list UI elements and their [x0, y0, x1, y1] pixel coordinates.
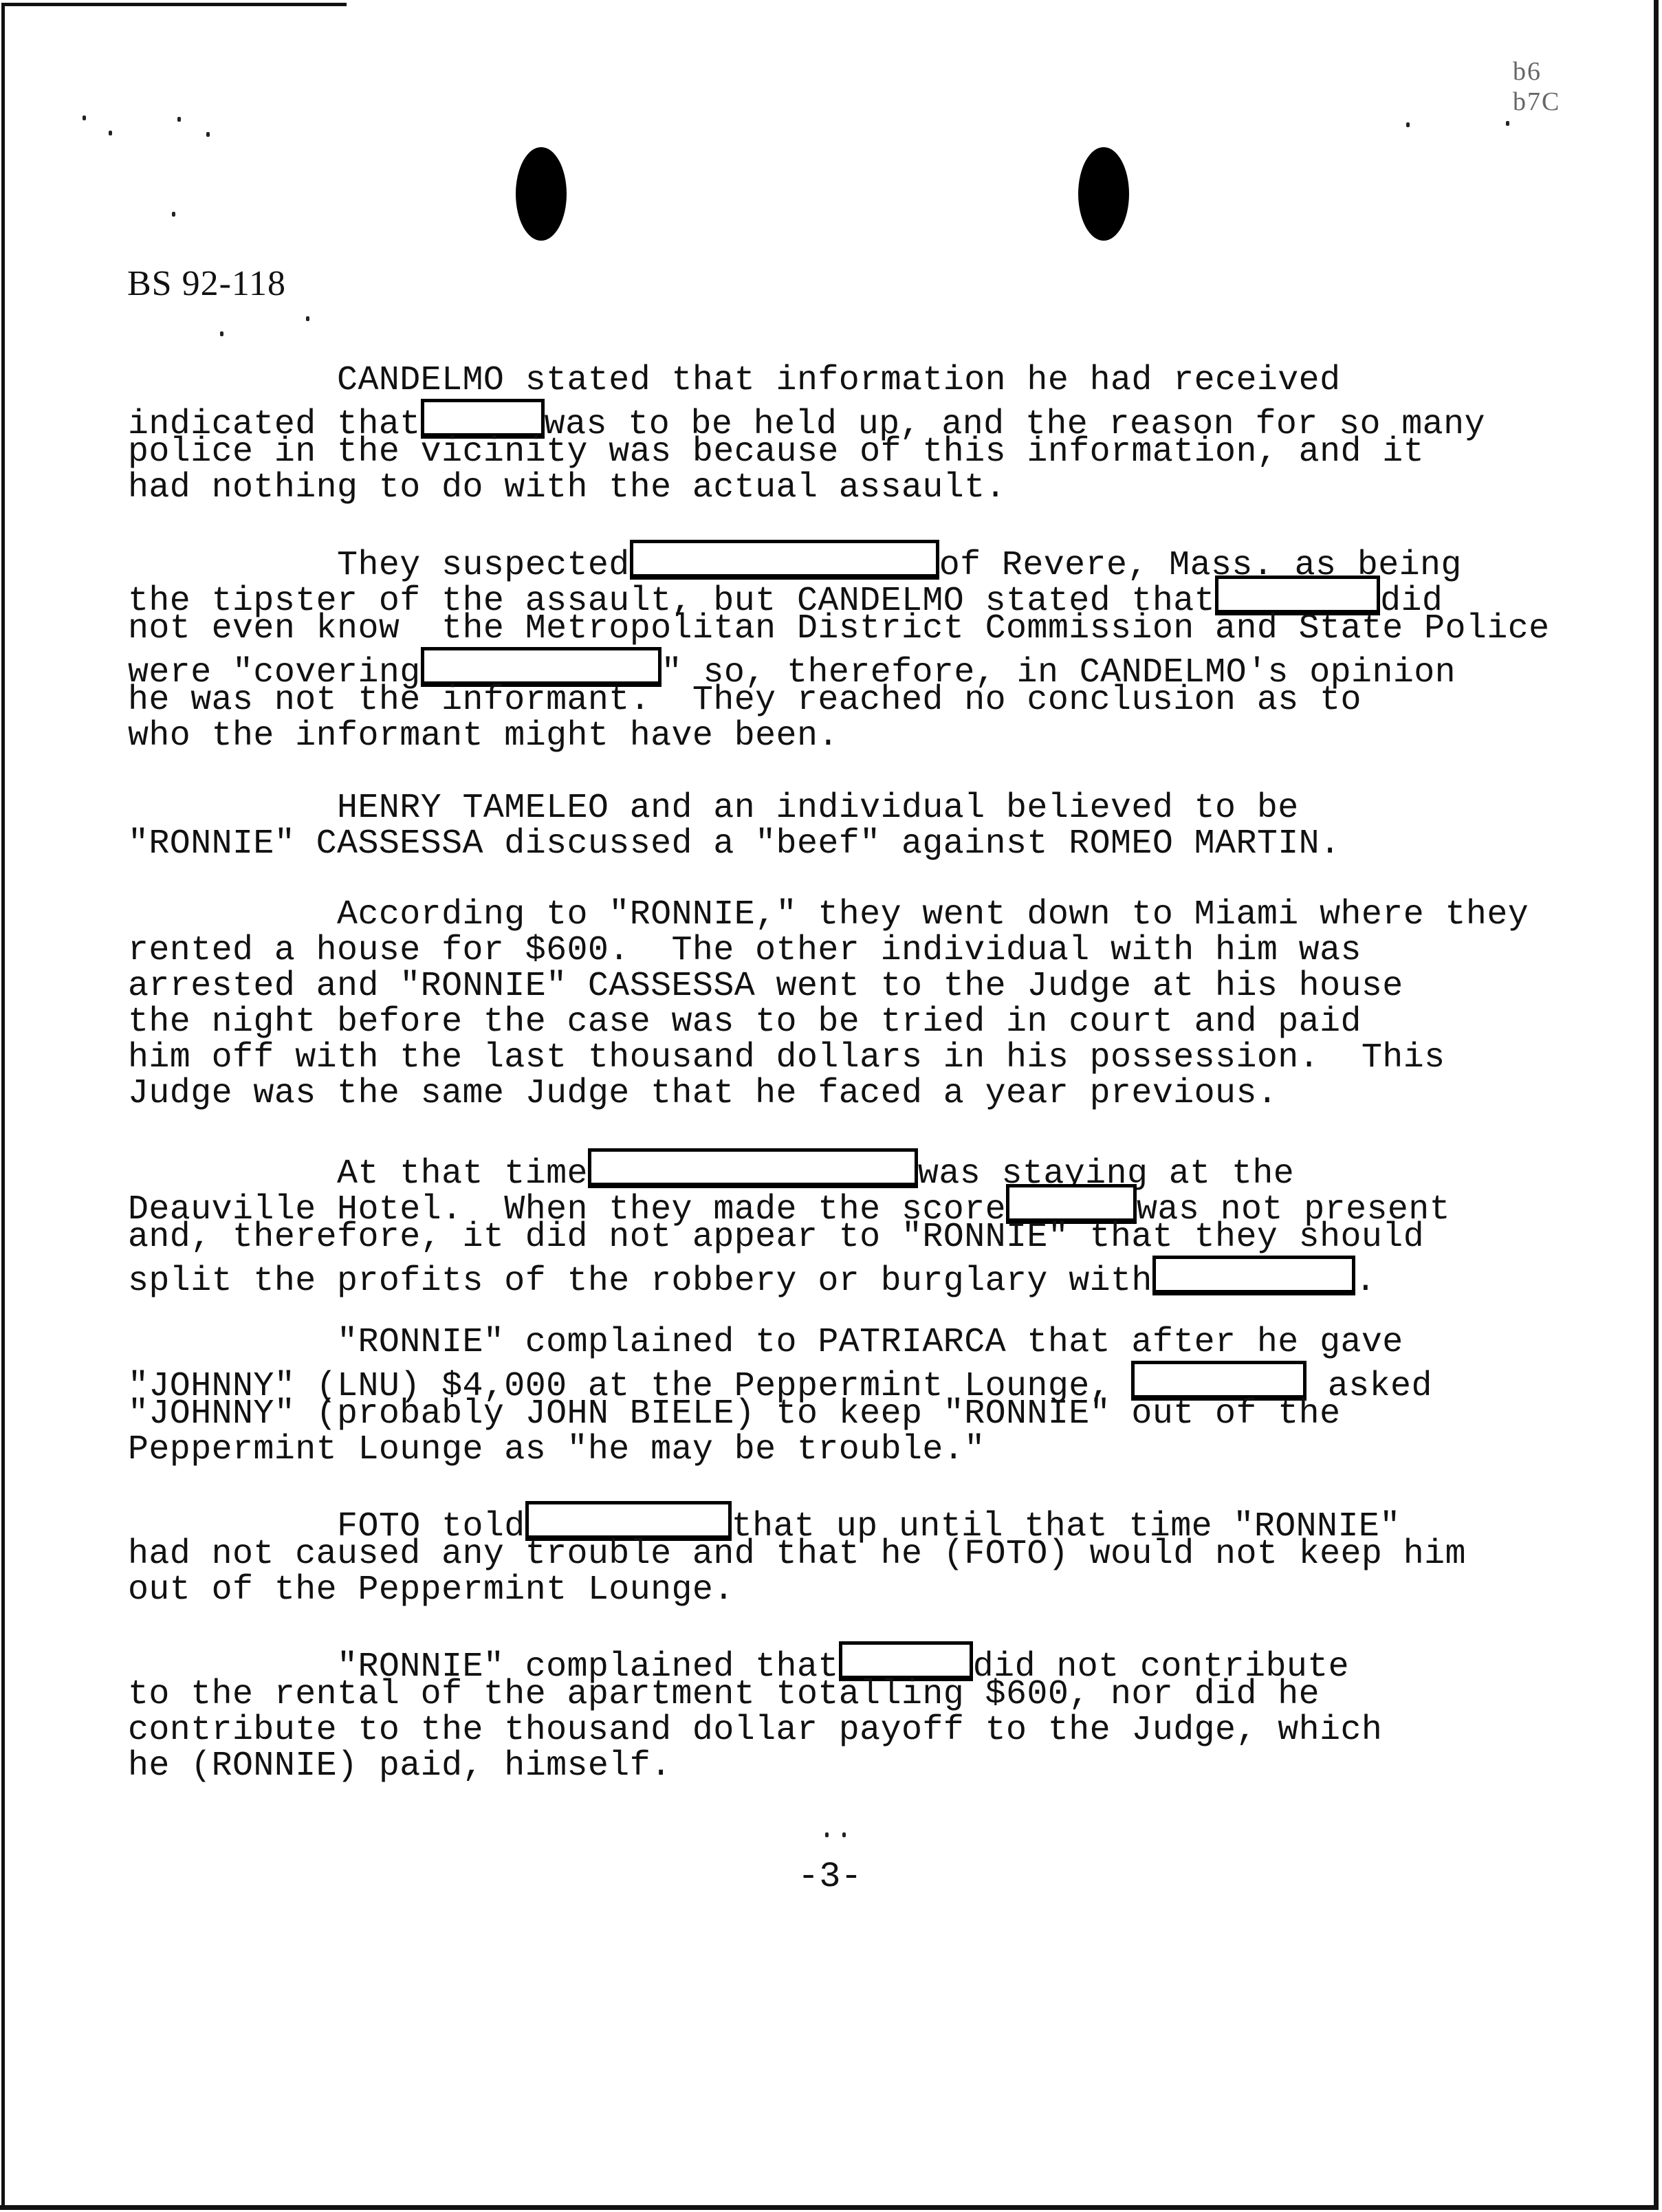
page-border-right	[1654, 0, 1659, 2210]
text-line: who the informant might have been.	[128, 719, 839, 754]
text-segment: had not caused any trouble and that he (…	[128, 1535, 1466, 1574]
text-segment: he (RONNIE) paid, himself.	[128, 1746, 672, 1786]
text-segment: "JOHNNY" (probably JOHN BIELE) to keep "…	[128, 1394, 1340, 1434]
text-line: had not caused any trouble and that he (…	[128, 1537, 1466, 1573]
text-segment: not even know the Metropolitan District …	[128, 609, 1550, 648]
text-segment: According to "RONNIE," they went down to…	[128, 895, 1529, 934]
text-segment: rented a house for $600. The other indiv…	[128, 931, 1362, 970]
page-border-bottom	[0, 2205, 1659, 2210]
text-segment: HENRY TAMELEO and an individual believed…	[128, 789, 1299, 828]
scan-speck	[842, 1832, 846, 1837]
exemption-code-b7c: b7C	[1513, 87, 1560, 117]
text-segment: had nothing to do with the actual assaul…	[128, 468, 1006, 507]
text-line: the night before the case was to be trie…	[128, 1005, 1362, 1040]
text-line: "RONNIE" CASSESSA discussed a "beef" aga…	[128, 826, 1340, 862]
text-line: him off with the last thousand dollars i…	[128, 1040, 1445, 1076]
text-segment: the night before the case was to be trie…	[128, 1003, 1362, 1042]
text-segment: him off with the last thousand dollars i…	[128, 1038, 1445, 1077]
text-segment: arrested and "RONNIE" CASSESSA went to t…	[128, 967, 1403, 1006]
text-line: he was not the informant. They reached n…	[128, 683, 1362, 719]
text-line: split the profits of the robbery or burg…	[128, 1256, 1376, 1300]
text-line: According to "RONNIE," they went down to…	[128, 897, 1529, 933]
text-line: had nothing to do with the actual assaul…	[128, 470, 1006, 506]
exemption-codes: b6 b7C	[1513, 56, 1560, 117]
text-line: Judge was the same Judge that he faced a…	[128, 1076, 1278, 1112]
text-segment: split the profits of the robbery or burg…	[128, 1262, 1152, 1301]
text-segment: who the informant might have been.	[128, 716, 839, 756]
scan-speck	[177, 117, 181, 122]
text-line: rented a house for $600. The other indiv…	[128, 933, 1362, 969]
text-line: contribute to the thousand dollar payoff…	[128, 1713, 1382, 1749]
scan-speck	[1406, 122, 1410, 127]
text-line: HENRY TAMELEO and an individual believed…	[128, 791, 1299, 826]
text-segment: police in the vicinity was because of th…	[128, 432, 1424, 472]
text-line: to the rental of the apartment totalling…	[128, 1677, 1320, 1713]
text-line: "RONNIE" complained to PATRIARCA that af…	[128, 1325, 1403, 1361]
punch-hole-icon	[516, 147, 567, 241]
text-segment: Judge was the same Judge that he faced a…	[128, 1074, 1278, 1113]
text-segment: "RONNIE" complained to PATRIARCA that af…	[128, 1323, 1403, 1362]
text-line: CANDELMO stated that information he had …	[128, 363, 1340, 399]
text-line: out of the Peppermint Lounge.	[128, 1573, 734, 1608]
scan-speck	[206, 132, 210, 137]
redaction-box	[1152, 1256, 1355, 1295]
scan-speck	[306, 316, 309, 321]
scan-speck	[220, 331, 223, 336]
file-number: BS 92-118	[127, 263, 286, 304]
scan-speck	[109, 131, 112, 135]
page-border-left	[1, 3, 5, 2210]
text-line: and, therefore, it did not appear to "RO…	[128, 1220, 1424, 1256]
text-segment: to the rental of the apartment totalling…	[128, 1675, 1320, 1714]
text-line: he (RONNIE) paid, himself.	[128, 1749, 672, 1784]
text-segment: out of the Peppermint Lounge.	[128, 1570, 734, 1610]
scan-speck	[83, 116, 86, 120]
redaction-box	[588, 1148, 918, 1188]
scan-speck	[1506, 121, 1509, 126]
text-line: arrested and "RONNIE" CASSESSA went to t…	[128, 969, 1403, 1005]
page-number: -3-	[798, 1857, 862, 1897]
text-line: not even know the Metropolitan District …	[128, 611, 1550, 647]
scan-speck	[825, 1832, 829, 1837]
scan-speck	[172, 212, 175, 217]
text-line: police in the vicinity was because of th…	[128, 435, 1424, 470]
text-segment: contribute to the thousand dollar payoff…	[128, 1711, 1382, 1750]
exemption-code-b6: b6	[1513, 56, 1560, 87]
punch-hole-icon	[1078, 147, 1129, 241]
text-segment: "RONNIE" CASSESSA discussed a "beef" aga…	[128, 824, 1340, 864]
text-segment: he was not the informant. They reached n…	[128, 681, 1362, 720]
text-segment: and, therefore, it did not appear to "RO…	[128, 1218, 1424, 1257]
redaction-box	[630, 540, 939, 580]
text-line: "JOHNNY" (probably JOHN BIELE) to keep "…	[128, 1397, 1340, 1432]
page-border-top	[3, 3, 347, 6]
text-segment: CANDELMO stated that information he had …	[128, 361, 1340, 400]
text-line: Peppermint Lounge as "he may be trouble.…	[128, 1432, 985, 1468]
text-segment: Peppermint Lounge as "he may be trouble.…	[128, 1430, 985, 1469]
text-segment: .	[1355, 1262, 1376, 1301]
document-page: b6 b7C BS 92-118 CANDELMO stated that in…	[0, 0, 1662, 2212]
